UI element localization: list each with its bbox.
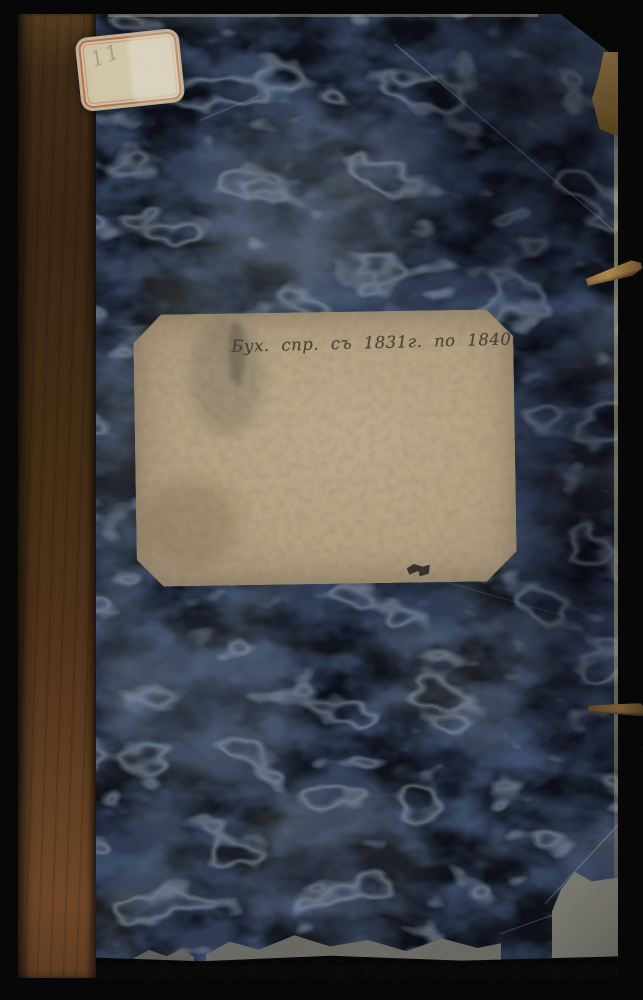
corner-label-wear — [127, 32, 181, 103]
shadow-right — [516, 314, 618, 744]
photo-backdrop: 11 Бух. спр. съ 1831г. по 1840г. — [0, 0, 643, 1000]
cover-fore-edge — [614, 69, 618, 958]
faded-area-top — [196, 114, 426, 304]
cover-top-edge — [108, 14, 538, 17]
faded-area-bottom-left — [104, 614, 304, 804]
book: 11 Бух. спр. съ 1831г. по 1840г. — [18, 14, 618, 978]
faded-area-bottom — [226, 789, 436, 939]
spine-leather-texture — [18, 14, 96, 978]
title-label: Бух. спр. съ 1831г. по 1840г. — [133, 309, 517, 587]
corner-label: 11 — [74, 28, 185, 112]
book-spine — [18, 14, 96, 978]
